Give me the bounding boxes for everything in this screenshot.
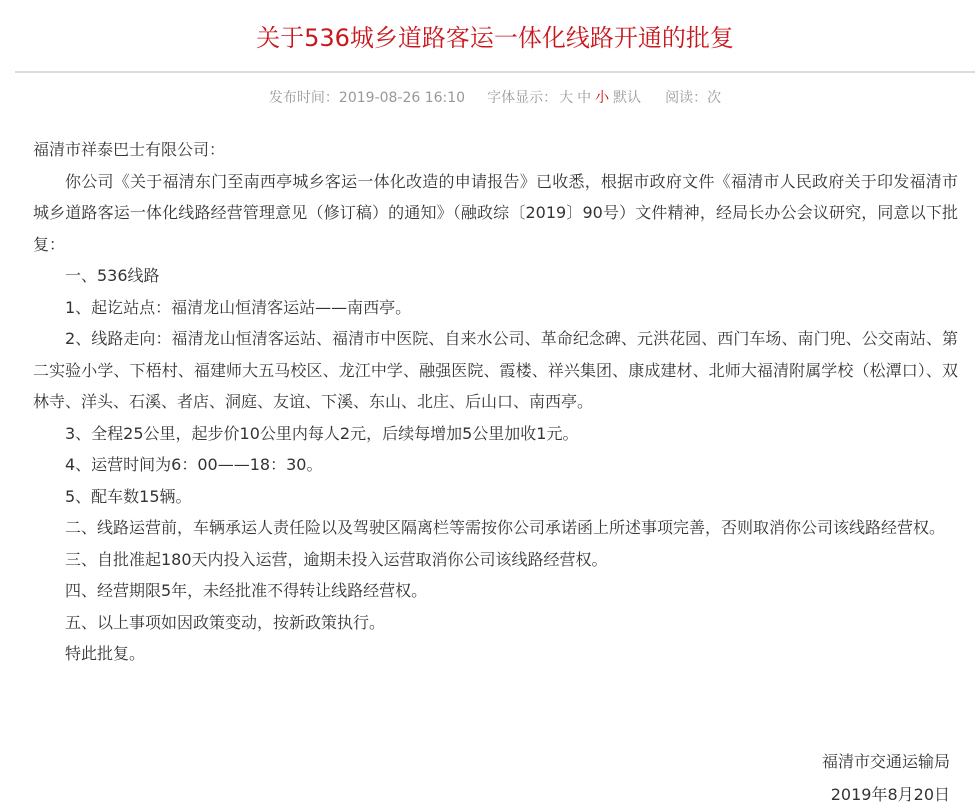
paragraph-section-4: 四、经营期限5年，未经批准不得转让线路经营权。 — [33, 575, 958, 607]
paragraph-section-1: 一、536线路 — [33, 260, 958, 292]
paragraph-hours: 4、运营时间为6：00——18：30。 — [33, 449, 958, 481]
paragraph-fare: 3、全程25公里，起步价10公里内每人2元，后续每增加5公里加收1元。 — [33, 418, 958, 450]
paragraph-section-3: 三、自批准起180天内投入运营，逾期未投入运营取消你公司该线路经营权。 — [33, 544, 958, 576]
paragraph-section-5: 五、以上事项如因政策变动，按新政策执行。 — [33, 607, 958, 639]
paragraph-section-2: 二、线路运营前，车辆承运人责任险以及驾驶区隔离栏等需按你公司承诺函上所述事项完善… — [33, 512, 958, 544]
paragraph-vehicles: 5、配车数15辆。 — [33, 481, 958, 513]
article-body: 福清市祥泰巴士有限公司： 你公司《关于福清东门至南西亭城乡客运一体化改造的申请报… — [33, 134, 958, 670]
article-meta: 发布时间：2019-08-26 16:10字体显示：大中小默认阅读：次 — [0, 87, 977, 109]
paragraph-stops: 1、起讫站点：福清龙山恒清客运站——南西亭。 — [33, 292, 958, 324]
read-count-suffix: 次 — [707, 90, 721, 106]
publish-time: 2019-08-26 16:10 — [339, 90, 465, 106]
publish-label: 发布时间： — [269, 90, 339, 106]
signature-date: 2019年8月20日 — [831, 779, 950, 811]
font-size-medium[interactable]: 中 — [577, 90, 591, 106]
font-size-default[interactable]: 默认 — [613, 90, 641, 106]
title-divider — [15, 71, 975, 73]
font-size-small[interactable]: 小 — [595, 90, 609, 106]
salutation: 福清市祥泰巴士有限公司： — [33, 134, 958, 166]
paragraph-closing: 特此批复。 — [33, 638, 958, 670]
paragraph-intro: 你公司《关于福清东门至南西亭城乡客运一体化改造的申请报告》已收悉，根据市政府文件… — [33, 166, 958, 261]
font-size-large[interactable]: 大 — [559, 90, 573, 106]
page-title: 关于536城乡道路客运一体化线路开通的批复 — [0, 18, 977, 58]
signature-issuer: 福清市交通运输局 — [822, 746, 950, 778]
read-count-label: 阅读： — [665, 90, 707, 106]
font-size-label: 字体显示： — [487, 90, 557, 106]
paragraph-route: 2、线路走向：福清龙山恒清客运站、福清市中医院、自来水公司、革命纪念碑、元洪花园… — [33, 323, 958, 418]
